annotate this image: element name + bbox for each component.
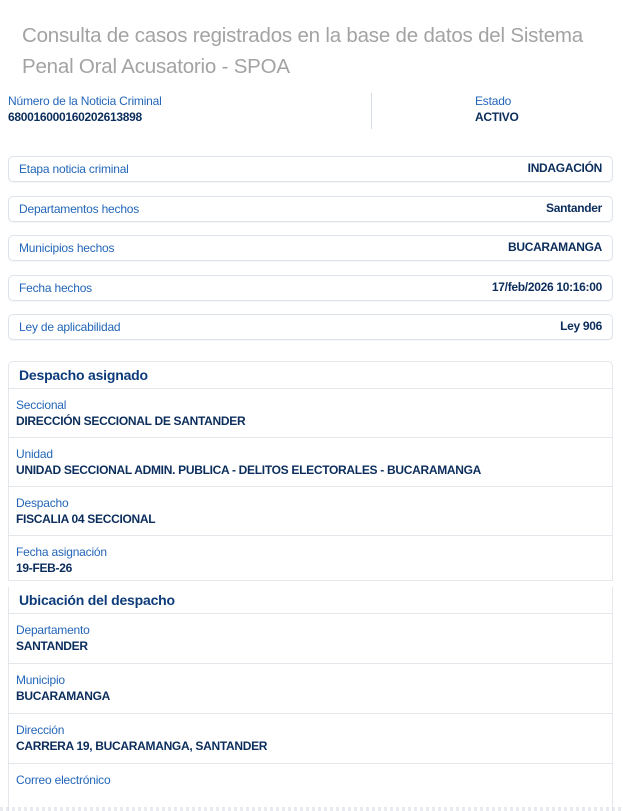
row-value: SANTANDER [16, 638, 612, 655]
field-fecha-hechos: Fecha hechos 17/feb/2026 10:16:00 [8, 275, 613, 301]
row-label: Unidad [16, 446, 612, 462]
despacho-row-despacho: Despacho FISCALIA 04 SECCIONAL [9, 487, 612, 536]
despacho-asignado-card: Despacho asignado Seccional DIRECCIÓN SE… [8, 361, 613, 581]
field-label: Departamentos hechos [19, 201, 139, 217]
field-label: Ley de aplicabilidad [19, 319, 120, 335]
field-etapa-noticia: Etapa noticia criminal INDAGACIÓN [8, 156, 613, 182]
field-label: Fecha hechos [19, 280, 92, 296]
noticia-criminal-block: Número de la Noticia Criminal 6800160001… [8, 93, 162, 126]
row-label: Fecha asignación [16, 544, 612, 560]
row-value: CARRERA 19, BUCARAMANGA, SANTANDER [16, 738, 612, 755]
estado-block: Estado ACTIVO [475, 93, 519, 126]
ubicacion-row-municipio: Municipio BUCARAMANGA [9, 664, 612, 714]
despacho-row-seccional: Seccional DIRECCIÓN SECCIONAL DE SANTAND… [9, 389, 612, 438]
print-footer-cropped [0, 807, 623, 811]
field-value: Santander [546, 200, 602, 217]
row-value: BUCARAMANGA [16, 688, 612, 705]
noticia-criminal-value: 680016000160202613898 [8, 109, 162, 126]
ubicacion-row-departamento: Departamento SANTANDER [9, 614, 612, 664]
row-label: Seccional [16, 397, 612, 413]
row-label: Dirección [16, 722, 612, 738]
row-label: Correo electrónico [16, 772, 612, 788]
despacho-row-unidad: Unidad UNIDAD SECCIONAL ADMIN. PUBLICA -… [9, 438, 612, 487]
row-label: Municipio [16, 672, 612, 688]
field-departamentos-hechos: Departamentos hechos Santander [8, 196, 613, 222]
estado-label: Estado [475, 93, 519, 109]
field-value: 17/feb/2026 10:16:00 [492, 279, 602, 296]
case-summary: Número de la Noticia Criminal 6800160001… [8, 93, 613, 129]
noticia-criminal-label: Número de la Noticia Criminal [8, 93, 162, 109]
field-label: Etapa noticia criminal [19, 161, 129, 177]
despacho-row-fecha-asignacion: Fecha asignación 19-FEB-26 [9, 536, 612, 580]
ubicacion-despacho-header: Ubicación del despacho [9, 587, 612, 614]
row-value: DIRECCIÓN SECCIONAL DE SANTANDER [16, 413, 612, 430]
field-value: Ley 906 [560, 318, 602, 335]
row-label: Departamento [16, 622, 612, 638]
page-title: Consulta de casos registrados en la base… [22, 20, 612, 82]
row-value: UNIDAD SECCIONAL ADMIN. PUBLICA - DELITO… [16, 462, 612, 479]
ubicacion-row-direccion: Dirección CARRERA 19, BUCARAMANGA, SANTA… [9, 714, 612, 764]
field-ley-aplicabilidad: Ley de aplicabilidad Ley 906 [8, 314, 613, 340]
row-value: FISCALIA 04 SECCIONAL [16, 511, 612, 528]
field-value: BUCARAMANGA [508, 239, 602, 256]
despacho-asignado-header: Despacho asignado [9, 362, 612, 389]
estado-value: ACTIVO [475, 109, 519, 126]
field-municipios-hechos: Municipios hechos BUCARAMANGA [8, 235, 613, 261]
row-label: Despacho [16, 495, 612, 511]
summary-divider [371, 93, 372, 129]
ubicacion-despacho-card: Ubicación del despacho Departamento SANT… [8, 587, 613, 811]
field-value: INDAGACIÓN [528, 160, 602, 177]
field-label: Municipios hechos [19, 240, 114, 256]
row-value: 19-FEB-26 [16, 560, 612, 577]
ubicacion-row-correo: Correo electrónico [9, 764, 612, 811]
